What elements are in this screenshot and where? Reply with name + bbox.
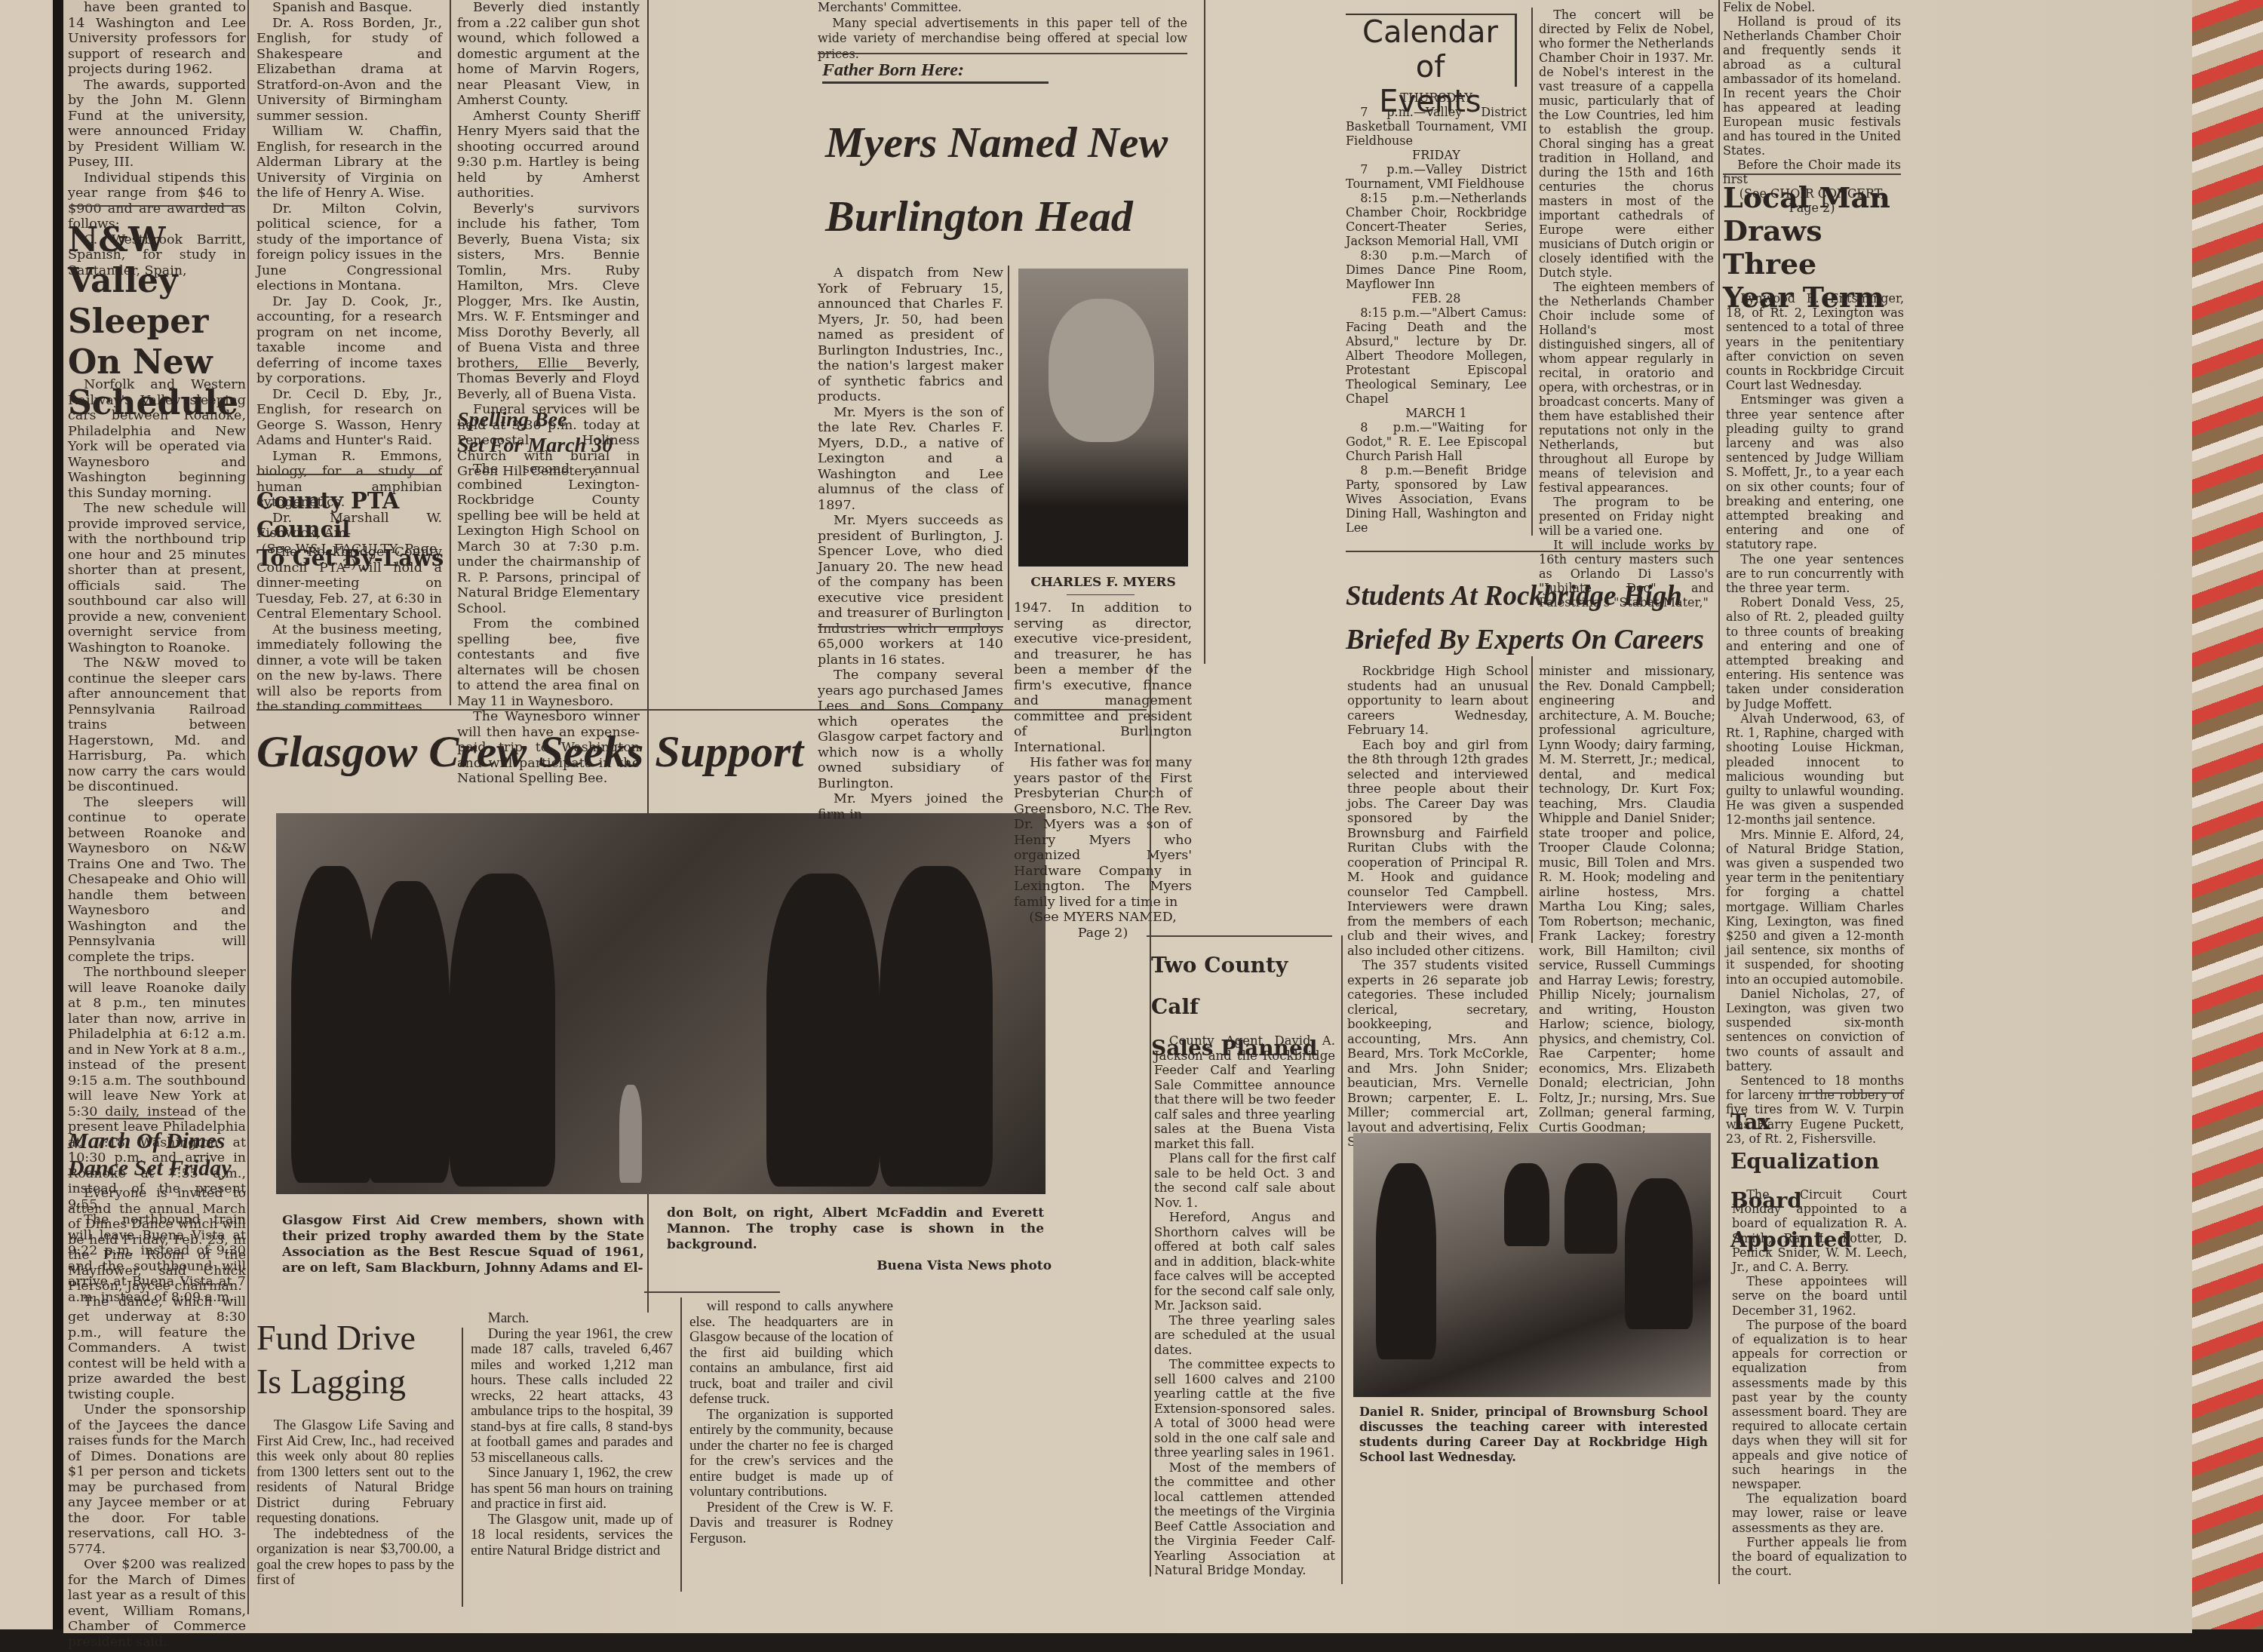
article-paragraph: The one year sentences are to run concur… [1726, 552, 1904, 596]
article-paragraph: Entsminger was given a three year senten… [1726, 392, 1904, 551]
article-paragraph: Dr. Jay D. Cook, Jr., accounting, for a … [256, 294, 442, 387]
article-paragraph: Beverly's survivors include his father, … [457, 201, 640, 403]
divider [493, 370, 584, 371]
article-paragraph: The Circuit Court Monday appointed to a … [1732, 1187, 1907, 1274]
column-rule [1204, 0, 1205, 664]
article-paragraph: Daniel Nicholas, 27, of Lexington, was g… [1726, 987, 1904, 1073]
march-of-dimes-body: Everyone is invited to attend the annual… [68, 1186, 246, 1650]
article-paragraph: William W. Chaffin, English, for researc… [256, 124, 442, 201]
calendar-title-box: Calendar of Events [1346, 14, 1517, 87]
article-paragraph: The company several years ago purchased … [818, 668, 1003, 791]
column-rule [1008, 266, 1009, 620]
article-paragraph: Hereford, Angus and Shorthorn calves wil… [1154, 1210, 1335, 1313]
article-paragraph: Robert Donald Vess, 25, also of Rt. 2, p… [1726, 595, 1904, 711]
article-paragraph: Most of the members of the committee and… [1154, 1460, 1335, 1578]
glasgow-caption-right: don Bolt, on right, Albert McFaddin and … [667, 1205, 1044, 1253]
article-paragraph: Mr. Myers joined the firm in [818, 791, 1003, 822]
article-paragraph: Over $200 was realized for the March of … [68, 1557, 246, 1650]
glasgow-caption-left: Glasgow First Aid Crew members, shown wi… [282, 1213, 644, 1276]
myers-kicker: Father Born Here: [822, 59, 1049, 84]
article-paragraph: Norfolk and Western Railway's Valley sle… [68, 377, 246, 501]
article-paragraph: The N&W moved to continue the sleeper ca… [68, 656, 246, 795]
divider [86, 1118, 184, 1119]
article-paragraph: Lynwood E. Entsminger, 18, of Rt. 2, Lex… [1726, 291, 1904, 392]
myers-col1: A dispatch from New York of February 15,… [818, 266, 1003, 822]
article-paragraph: 1947. In addition to serving as director… [1014, 600, 1192, 755]
headline-line: Calendar of [1346, 15, 1515, 84]
article-paragraph: Merchants' Committee. [818, 0, 1187, 16]
calendar-event[interactable]: 8 p.m.—"Waiting for Godot," R. E. Lee Ep… [1346, 420, 1527, 463]
divider [1067, 594, 1135, 595]
headline-line: Is Lagging [256, 1360, 453, 1404]
article-paragraph: Since January 1, 1962, the crew has spen… [471, 1466, 673, 1512]
photo-credit: Buena Vista News photo [871, 1258, 1052, 1274]
article-paragraph: Amherst County Sheriff Henry Myers said … [457, 109, 640, 201]
article-paragraph: The 357 students visited experts in 26 s… [1347, 958, 1528, 1150]
divider [644, 1291, 780, 1293]
column-rule [1531, 8, 1533, 536]
headline-line: Students At Rockbridge High [1346, 575, 1715, 619]
crew-member-figure [766, 874, 880, 1187]
headline-line: Local Man [1723, 181, 1904, 214]
article-paragraph: Further appeals lie from the board of eq… [1732, 1535, 1907, 1579]
fund-drive-headline: Fund Drive Is Lagging [256, 1316, 453, 1404]
crew-member-figure [880, 866, 993, 1187]
pta-body: The Rockbridge County Council PTA will h… [256, 545, 442, 715]
article-paragraph: The Glasgow Life Saving and First Aid Cr… [256, 1418, 454, 1527]
calendar-event[interactable]: 8:30 p.m.—March of Dimes Dance Pine Room… [1346, 248, 1527, 291]
march-of-dimes-headline: March Of Dimes Dance Set Friday [68, 1128, 246, 1182]
article-paragraph: From the combined spelling bee, five con… [457, 616, 640, 709]
calendar-day: FEB. 28 [1346, 291, 1527, 306]
headline-line: March Of Dimes [68, 1128, 246, 1155]
fund-drive-col1: The Glasgow Life Saving and First Aid Cr… [256, 1418, 454, 1589]
headline-line: Tax Equalization [1730, 1103, 1911, 1181]
article-paragraph: Many special advertisements in this pape… [818, 16, 1187, 63]
article-paragraph: The three yearling sales are scheduled a… [1154, 1313, 1335, 1358]
calendar-event[interactable]: 7 p.m.—Valley District Basketball Tourna… [1346, 105, 1527, 148]
calendar-event[interactable]: 8:15 p.m.—"Albert Camus: Facing Death an… [1346, 306, 1527, 406]
article-paragraph: The sleepers will continue to operate be… [68, 795, 246, 966]
careers-col1: Rockbridge High School students had an u… [1347, 664, 1528, 1150]
headline-line: Spelling Bee [457, 407, 643, 433]
portrait-face [1049, 299, 1154, 442]
calendar-event[interactable]: 8:15 p.m.—Netherlands Chamber Choir, Roc… [1346, 191, 1527, 248]
article-paragraph: Each boy and girl from the 8th through 1… [1347, 738, 1528, 959]
newspaper-page: have been granted to 14 Washington and L… [63, 0, 2192, 1633]
divider [256, 474, 442, 475]
article-paragraph: Dr. A. Ross Borden, Jr., English, for st… [256, 16, 442, 124]
divider [1798, 1092, 1904, 1094]
glasgow-crew-photo [276, 813, 1046, 1194]
student-figure [1376, 1163, 1436, 1359]
article-paragraph: Dr. Milton Colvin, political science, fo… [256, 201, 442, 294]
article-paragraph: The second annual combined Lexington-Roc… [457, 462, 640, 616]
article-paragraph: Dr. Cecil D. Eby, Jr., English, for rese… [256, 387, 442, 449]
article-paragraph: Spanish and Basque. [256, 0, 442, 16]
article-paragraph: will respond to calls anywhere else. The… [689, 1299, 893, 1408]
career-day-caption: Daniel R. Snider, principal of Brownsbur… [1359, 1405, 1708, 1465]
article-paragraph: Mr. Myers is the son of the late Rev. Ch… [818, 405, 1003, 514]
divider [818, 626, 1003, 628]
careers-col2: minister and missionary, the Rev. Donald… [1539, 664, 1715, 1150]
spelling-bee-headline: Spelling Bee Set For March 30 [457, 407, 643, 459]
article-paragraph: The new schedule will provide improved s… [68, 501, 246, 656]
headline-line: Myers Named New [825, 106, 1195, 180]
calendar-event[interactable]: 7 p.m.—Valley District Tournament, VMI F… [1346, 162, 1527, 191]
student-figure [1564, 1163, 1617, 1254]
calendar-list: THURSDAY 7 p.m.—Valley District Basketba… [1346, 91, 1527, 535]
article-paragraph: Beverly died instantly from a .22 calibe… [457, 0, 640, 109]
article-paragraph: The dance, which will get underway at 8:… [68, 1294, 246, 1403]
article-paragraph: These appointees will serve on the board… [1732, 1274, 1907, 1318]
article-paragraph: The purpose of the board of equalization… [1732, 1318, 1907, 1491]
article-paragraph: Mrs. Minnie E. Alford, 24, of Natural Br… [1726, 828, 1904, 987]
fund-drive-col3: will respond to calls anywhere else. The… [689, 1299, 893, 1546]
crew-member-figure [450, 874, 555, 1187]
column-rule [450, 0, 451, 705]
fund-drive-col2: March. During the year 1961, the crew ma… [471, 1311, 673, 1558]
article-paragraph: The Rockbridge County Council PTA will h… [256, 545, 442, 622]
column-rule [1341, 935, 1343, 1584]
column-rule [247, 0, 249, 1614]
glasgow-headline: Glasgow Crew Seeks Support [256, 724, 1147, 778]
column-rule [1531, 656, 1533, 943]
career-day-photo [1353, 1133, 1711, 1397]
article-paragraph: The equalization board may lower, raise … [1732, 1491, 1907, 1535]
article-paragraph: The eighteen members of the Netherlands … [1539, 280, 1714, 495]
adjacent-page [0, 0, 53, 1652]
article-paragraph: The indebtedness of the organization is … [256, 1527, 454, 1589]
article-paragraph: Rockbridge High School students had an u… [1347, 664, 1528, 738]
headline-line: Draws Three [1723, 214, 1904, 281]
local-man-body: Lynwood E. Entsminger, 18, of Rt. 2, Lex… [1726, 291, 1904, 1146]
charles-myers-portrait [1018, 269, 1188, 567]
principal-figure [1504, 1163, 1549, 1246]
marbled-endpaper [2191, 0, 2263, 1652]
headline-line: County PTA Council [256, 487, 445, 544]
divider [818, 53, 1187, 54]
calendar-day: THURSDAY [1346, 91, 1527, 105]
article-paragraph: The concert will be directed by Felix de… [1539, 8, 1714, 280]
headline-line: Two County Calf [1151, 944, 1340, 1027]
headline-line: Set For March 30 [457, 433, 643, 459]
article-paragraph: Under the sponsorship of the Jaycees the… [68, 1402, 246, 1557]
article-paragraph: A dispatch from New York of February 15,… [818, 266, 1003, 405]
headline-line: Briefed By Experts On Careers [1346, 619, 1715, 662]
crew-member-figure [367, 881, 450, 1183]
careers-headline: Students At Rockbridge High Briefed By E… [1346, 575, 1715, 662]
trophy-icon [619, 1085, 642, 1183]
myers-headline: Myers Named New Burlington Head [825, 106, 1195, 253]
article-paragraph: Alvah Underwood, 63, of Rt. 1, Raphine, … [1726, 711, 1904, 828]
calendar-day: FRIDAY [1346, 148, 1527, 162]
article-paragraph: Mr. Myers succeeds as president of Burli… [818, 513, 1003, 668]
article-paragraph: Everyone is invited to attend the annual… [68, 1186, 246, 1294]
headline-line: Fund Drive [256, 1316, 453, 1360]
divider [256, 709, 1147, 711]
article-paragraph: March. [471, 1311, 673, 1327]
article-paragraph: During the year 1961, the crew made 187 … [471, 1327, 673, 1466]
student-figure [1625, 1178, 1693, 1329]
column-rule [462, 1328, 463, 1607]
headline-line: Burlington Head [825, 180, 1195, 253]
divider [1147, 935, 1332, 937]
headline-line: Dance Set Friday [68, 1155, 246, 1182]
article-paragraph: have been granted to 14 Washington and L… [68, 0, 246, 78]
article-paragraph: The organization is supported entirely b… [689, 1408, 893, 1500]
tax-board-body: The Circuit Court Monday appointed to a … [1732, 1187, 1907, 1578]
article-paragraph: The awards, supported by the John M. Gle… [68, 78, 246, 170]
article-paragraph: Plans call for the first calf sale to be… [1154, 1151, 1335, 1210]
article-paragraph: County Agent David A. Jackson and the Ro… [1154, 1033, 1335, 1151]
divider [1723, 173, 1901, 175]
myers-col2: 1947. In addition to serving as director… [1014, 600, 1192, 941]
article-paragraph: At the business meeting, immediately fol… [256, 622, 442, 715]
divider [1346, 551, 1718, 552]
binding-spine [53, 0, 63, 1652]
article-paragraph: Felix de Nobel. [1723, 0, 1901, 14]
article-paragraph: minister and missionary, the Rev. Donald… [1539, 664, 1715, 1135]
calendar-event[interactable]: 8 p.m.—Benefit Bridge Party, sponsored b… [1346, 463, 1527, 535]
column-rule [1718, 0, 1720, 1584]
article-paragraph: The Glasgow unit, made up of 18 local re… [471, 1512, 673, 1559]
crew-member-figure [291, 866, 374, 1183]
article-paragraph: The program to be presented on Friday ni… [1539, 495, 1714, 538]
choir-col1: The concert will be directed by Felix de… [1539, 8, 1714, 610]
calendar-day: MARCH 1 [1346, 406, 1527, 420]
column-rule [1150, 664, 1151, 1577]
article-paragraph: President of the Crew is W. F. Davis and… [689, 1500, 893, 1547]
calf-sales-body: County Agent David A. Jackson and the Ro… [1154, 1033, 1335, 1578]
column-rule [680, 1297, 682, 1592]
portrait-caption: CHARLES F. MYERS [1018, 575, 1188, 591]
divider [71, 205, 244, 207]
article-paragraph: His father was for many years pastor of … [1014, 755, 1192, 910]
article-paragraph: The committee expects to sell 1600 calve… [1154, 1357, 1335, 1460]
article-paragraph: Holland is proud of its Netherlands Cham… [1723, 14, 1901, 158]
